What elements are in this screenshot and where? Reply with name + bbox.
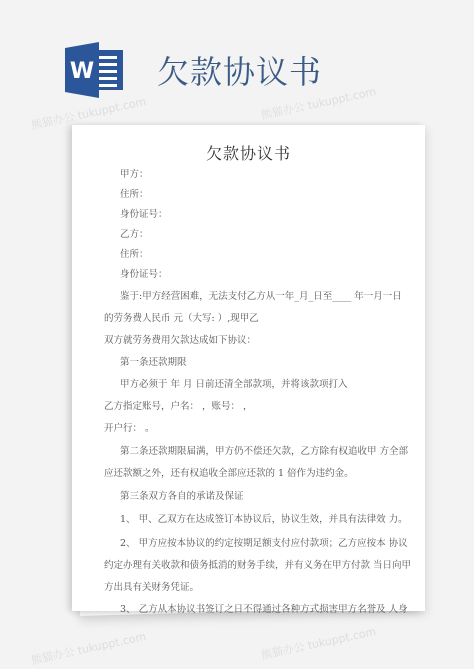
body-paragraph: 约定办理有关收款和债务抵消的财务手续，并有义务在甲方付款 当日向甲 [104,557,386,571]
party-b-label: 乙方： [120,226,149,240]
svg-text:W: W [70,59,94,84]
section-heading: 第三条双方各自的承诺及保证 [120,488,402,502]
body-paragraph: 方出具有关财务凭证。 [104,579,386,593]
body-paragraph: 3、 乙方从本协议书签订之日不得通过各种方式损害甲方名誉及 人身 [120,601,402,615]
party-a-id-label: 身份证号： [120,206,168,220]
body-paragraph: 开户行： 。 [104,420,386,434]
party-a-address-label: 住所： [120,186,149,200]
body-paragraph: 2、 甲方应按本协议的约定按期足额支付应付款项；乙方应按本 协议 [120,535,402,549]
page-title: 欠款协议书 [157,52,322,92]
party-b-address-label: 住所： [120,246,149,260]
body-paragraph: 1、 甲、乙双方在达成签订本协议后，协议生效，并具有法律效 力。 [120,511,402,525]
watermark: 熊猫办公 tukuppt.com [30,628,148,668]
section-heading: 第一条还款期限 [120,354,402,368]
body-paragraph: 乙方指定账号，户名： ，账号： ， [104,398,386,412]
body-paragraph: 第二条还款期限届满，甲方仍不偿还欠款，乙方除有权追收甲 方全部 [120,443,402,457]
body-paragraph: 甲方必须于 年 月 日前还清全部款项，并将该款项打入 [120,376,402,390]
document-page: 欠款协议书 甲方： 住所： 身份证号： 乙方： 住所： 身份证号： 鉴于:甲方经… [72,125,425,611]
watermark: 熊猫办公 tukuppt.com [260,623,378,663]
document-title: 欠款协议书 [72,141,425,164]
party-b-id-label: 身份证号： [120,266,168,280]
body-paragraph: 的劳务费人民币 元（大写: ）,现甲乙 [104,310,386,324]
body-paragraph: 应还款额之外，还有权追收全部应还款的 1 倍作为违约金。 [104,465,386,479]
party-a-label: 甲方： [120,166,149,180]
body-paragraph: 双方就劳务费用欠款达成如下协议： [104,332,386,346]
body-paragraph: 鉴于:甲方经营困难，无法支付乙方从一年_月_日至____ 年一月一日 [120,288,402,302]
word-icon: W [65,42,127,98]
